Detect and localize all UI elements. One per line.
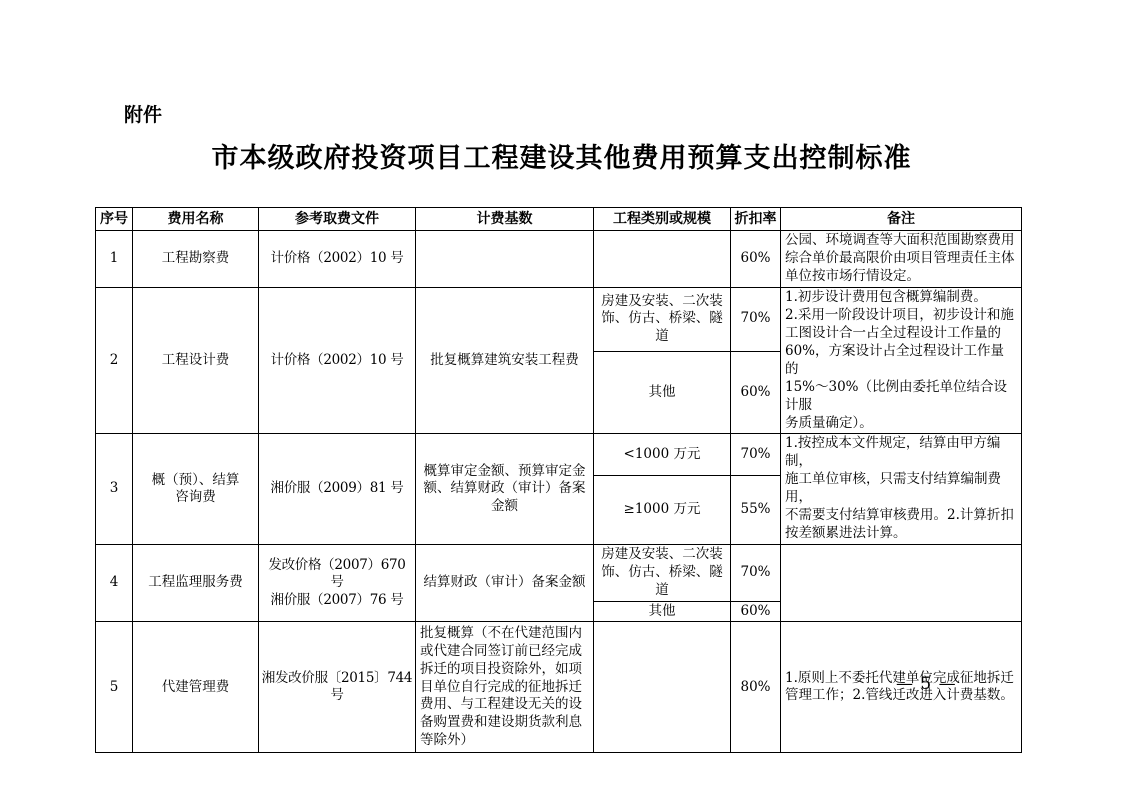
cell-fee-name: 工程监理服务费 xyxy=(133,545,259,622)
cell-fee-base xyxy=(416,231,594,288)
cell-fee-name: 工程勘察费 xyxy=(133,231,259,288)
cell-fee-base: 概算审定金额、预算审定金 额、结算财政（审计）备案 金额 xyxy=(416,434,594,545)
cell-serial: 3 xyxy=(96,434,133,545)
cell-fee-base: 结算财政（审计）备案金额 xyxy=(416,545,594,622)
fee-standard-table: 序号 费用名称 参考取费文件 计费基数 工程类别或规模 折扣率 备注 1 工程勘… xyxy=(95,207,1022,753)
cell-fee-name: 概（预）、结算 咨询费 xyxy=(133,434,259,545)
cell-ref-doc: 计价格（2002）10 号 xyxy=(259,287,416,434)
table-row-4: 4 工程监理服务费 发改价格（2007）670 号 湘价服（2007）76 号 … xyxy=(96,545,1022,601)
cell-discount-rate: 60% xyxy=(731,231,781,288)
cell-note: 1.按控成本文件规定，结算由甲方编制， 施工单位审核，只需支付结算编制费用， 不… xyxy=(781,434,1022,545)
attachment-label: 附件 xyxy=(124,100,162,127)
col-header-category: 工程类别或规模 xyxy=(594,208,731,231)
cell-discount-rate: 70% xyxy=(731,287,781,351)
col-header-discount-rate: 折扣率 xyxy=(731,208,781,231)
cell-category xyxy=(594,622,731,753)
document-page: 附件 市本级政府投资项目工程建设其他费用预算支出控制标准 序号 费用名称 参考取… xyxy=(0,0,1123,794)
cell-discount-rate: 60% xyxy=(731,351,781,434)
col-header-fee-base: 计费基数 xyxy=(416,208,594,231)
table-header-row: 序号 费用名称 参考取费文件 计费基数 工程类别或规模 折扣率 备注 xyxy=(96,208,1022,231)
cell-category: ≥1000 万元 xyxy=(594,476,731,545)
cell-ref-doc: 计价格（2002）10 号 xyxy=(259,231,416,288)
cell-serial: 1 xyxy=(96,231,133,288)
table-row-3: 3 概（预）、结算 咨询费 湘价服（2009）81 号 概算审定金额、预算审定金… xyxy=(96,434,1022,476)
cell-fee-name: 工程设计费 xyxy=(133,287,259,434)
table-row-5: 5 代建管理费 湘发改价服〔2015〕744 号 批复概算（不在代建范围内 或代… xyxy=(96,622,1022,753)
col-header-no: 序号 xyxy=(96,208,133,231)
page-title: 市本级政府投资项目工程建设其他费用预算支出控制标准 xyxy=(0,136,1123,175)
cell-discount-rate: 70% xyxy=(731,545,781,601)
cell-fee-base: 批复概算（不在代建范围内 或代建合同签订前已经完成 拆迁的项目投资除外，如项 目… xyxy=(416,622,594,753)
col-header-fee-name: 费用名称 xyxy=(133,208,259,231)
cell-fee-name: 代建管理费 xyxy=(133,622,259,753)
cell-serial: 4 xyxy=(96,545,133,622)
col-header-ref-doc: 参考取费文件 xyxy=(259,208,416,231)
cell-note xyxy=(781,545,1022,622)
cell-category: 其他 xyxy=(594,601,731,622)
cell-discount-rate: 70% xyxy=(731,434,781,476)
cell-ref-doc: 湘发改价服〔2015〕744 号 xyxy=(259,622,416,753)
table-row-2: 2 工程设计费 计价格（2002）10 号 批复概算建筑安装工程费 房建及安装、… xyxy=(96,287,1022,351)
cell-ref-doc: 发改价格（2007）670 号 湘价服（2007）76 号 xyxy=(259,545,416,622)
cell-category: 其他 xyxy=(594,351,731,434)
cell-note: 公园、环境调查等大面积范围勘察费用 综合单价最高限价由项目管理责任主体 单位按市… xyxy=(781,231,1022,288)
cell-discount-rate: 80% xyxy=(731,622,781,753)
cell-serial: 5 xyxy=(96,622,133,753)
cell-category xyxy=(594,231,731,288)
page-number: — 5 — xyxy=(896,674,957,694)
table-row-1: 1 工程勘察费 计价格（2002）10 号 60% 公园、环境调查等大面积范围勘… xyxy=(96,231,1022,288)
col-header-note: 备注 xyxy=(781,208,1022,231)
cell-fee-base: 批复概算建筑安装工程费 xyxy=(416,287,594,434)
cell-ref-doc: 湘价服（2009）81 号 xyxy=(259,434,416,545)
cell-category: 房建及安装、二次装 饰、仿古、桥梁、隧道 xyxy=(594,545,731,601)
cell-category: 房建及安装、二次装 饰、仿古、桥梁、隧道 xyxy=(594,287,731,351)
cell-note: 1.初步设计费用包含概算编制费。 2.采用一阶段设计项目，初步设计和施 工图设计… xyxy=(781,287,1022,434)
cell-discount-rate: 55% xyxy=(731,476,781,545)
cell-serial: 2 xyxy=(96,287,133,434)
cell-discount-rate: 60% xyxy=(731,601,781,622)
cell-category: <1000 万元 xyxy=(594,434,731,476)
